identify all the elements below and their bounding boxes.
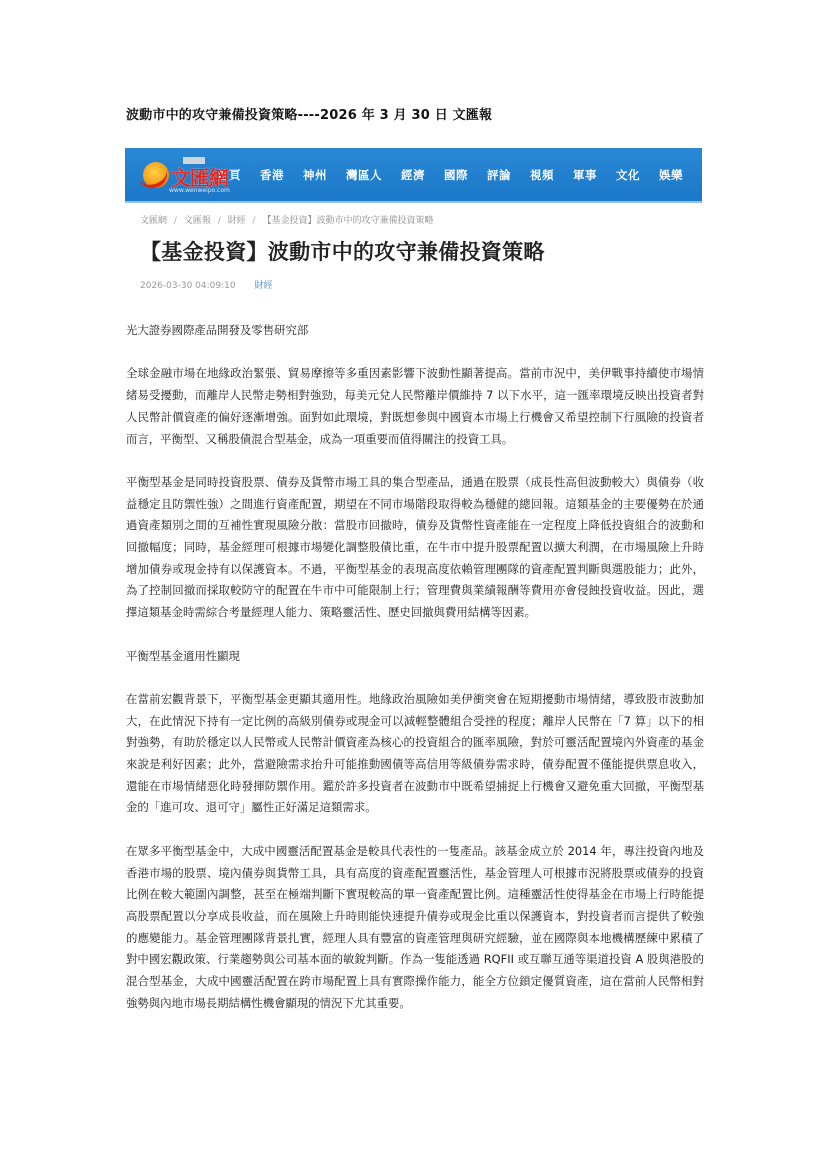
nav-item-military[interactable]: 軍事 — [573, 167, 597, 183]
section-subheading: 平衡型基金適用性顯現 — [126, 646, 704, 668]
breadcrumb-item-finance[interactable]: 財經 — [228, 216, 246, 226]
breadcrumb-separator: / — [174, 216, 177, 226]
nav-item-entertainment[interactable]: 娛樂 — [659, 167, 683, 183]
article-author: 光大證券國際產品開發及零售研究部 — [126, 320, 704, 342]
breadcrumb-item-wenweipo[interactable]: 文匯報 — [184, 216, 211, 226]
swoosh-icon — [137, 166, 171, 192]
site-logo[interactable]: 文匯網 www.wenweipo.com — [137, 148, 217, 201]
article-body: 光大證券國際產品開發及零售研究部 全球金融市場在地緣政治緊張、貿易摩擦等多重因素… — [126, 320, 704, 1036]
nav-item-economy[interactable]: 經濟 — [401, 167, 425, 183]
breadcrumb: 文匯網 / 文匯報 / 財經 / 【基金投資】波動市中的攻守兼備投資策略 — [140, 213, 433, 226]
nav-item-greater-bay[interactable]: 灣區人 — [346, 167, 382, 183]
nav-item-culture[interactable]: 文化 — [616, 167, 640, 183]
nav-item-international[interactable]: 國際 — [444, 167, 468, 183]
nav-item-video[interactable]: 視頻 — [530, 167, 554, 183]
article-category-link[interactable]: 財經 — [254, 281, 272, 291]
article-timestamp: 2026-03-30 04:09:10 — [140, 281, 236, 291]
paragraph: 平衡型基金是同時投資股票、債券及貨幣市場工具的集合型產品，通過在股票（成長性高但… — [126, 472, 704, 624]
breadcrumb-separator: / — [253, 216, 256, 226]
logo-url: www.wenweipo.com — [169, 187, 230, 194]
breadcrumb-item-current: 【基金投資】波動市中的攻守兼備投資策略 — [262, 216, 433, 226]
nav-item-hongkong[interactable]: 香港 — [260, 167, 284, 183]
paragraph: 全球金融市場在地緣政治緊張、貿易摩擦等多重因素影響下波動性顯著提高。當前市況中，… — [126, 363, 704, 450]
breadcrumb-separator: / — [218, 216, 221, 226]
article-meta: 2026-03-30 04:09:10 財經 — [140, 278, 272, 291]
site-header-banner: 文匯網 www.wenweipo.com 首頁 香港 神州 灣區人 經濟 國際 … — [125, 148, 702, 203]
nav-item-opinion[interactable]: 評論 — [487, 167, 511, 183]
breadcrumb-item-wenweipo-net[interactable]: 文匯網 — [140, 216, 167, 226]
article-headline: 【基金投資】波動市中的攻守兼備投資策略 — [140, 236, 545, 266]
main-nav: 首頁 香港 神州 灣區人 經濟 國際 評論 視頻 軍事 文化 娛樂 — [217, 167, 702, 183]
document-title: 波動市中的攻守兼備投資策略----2026 年 3 月 30 日 文匯報 — [126, 104, 492, 123]
paragraph: 在眾多平衡型基金中，大成中國靈活配置基金是較具代表性的一隻產品。該基金成立於 2… — [126, 841, 704, 1015]
nav-item-china[interactable]: 神州 — [303, 167, 327, 183]
paragraph: 在當前宏觀背景下，平衡型基金更顯其適用性。地緣政治風險如美伊衝突會在短期擾動市場… — [126, 689, 704, 819]
